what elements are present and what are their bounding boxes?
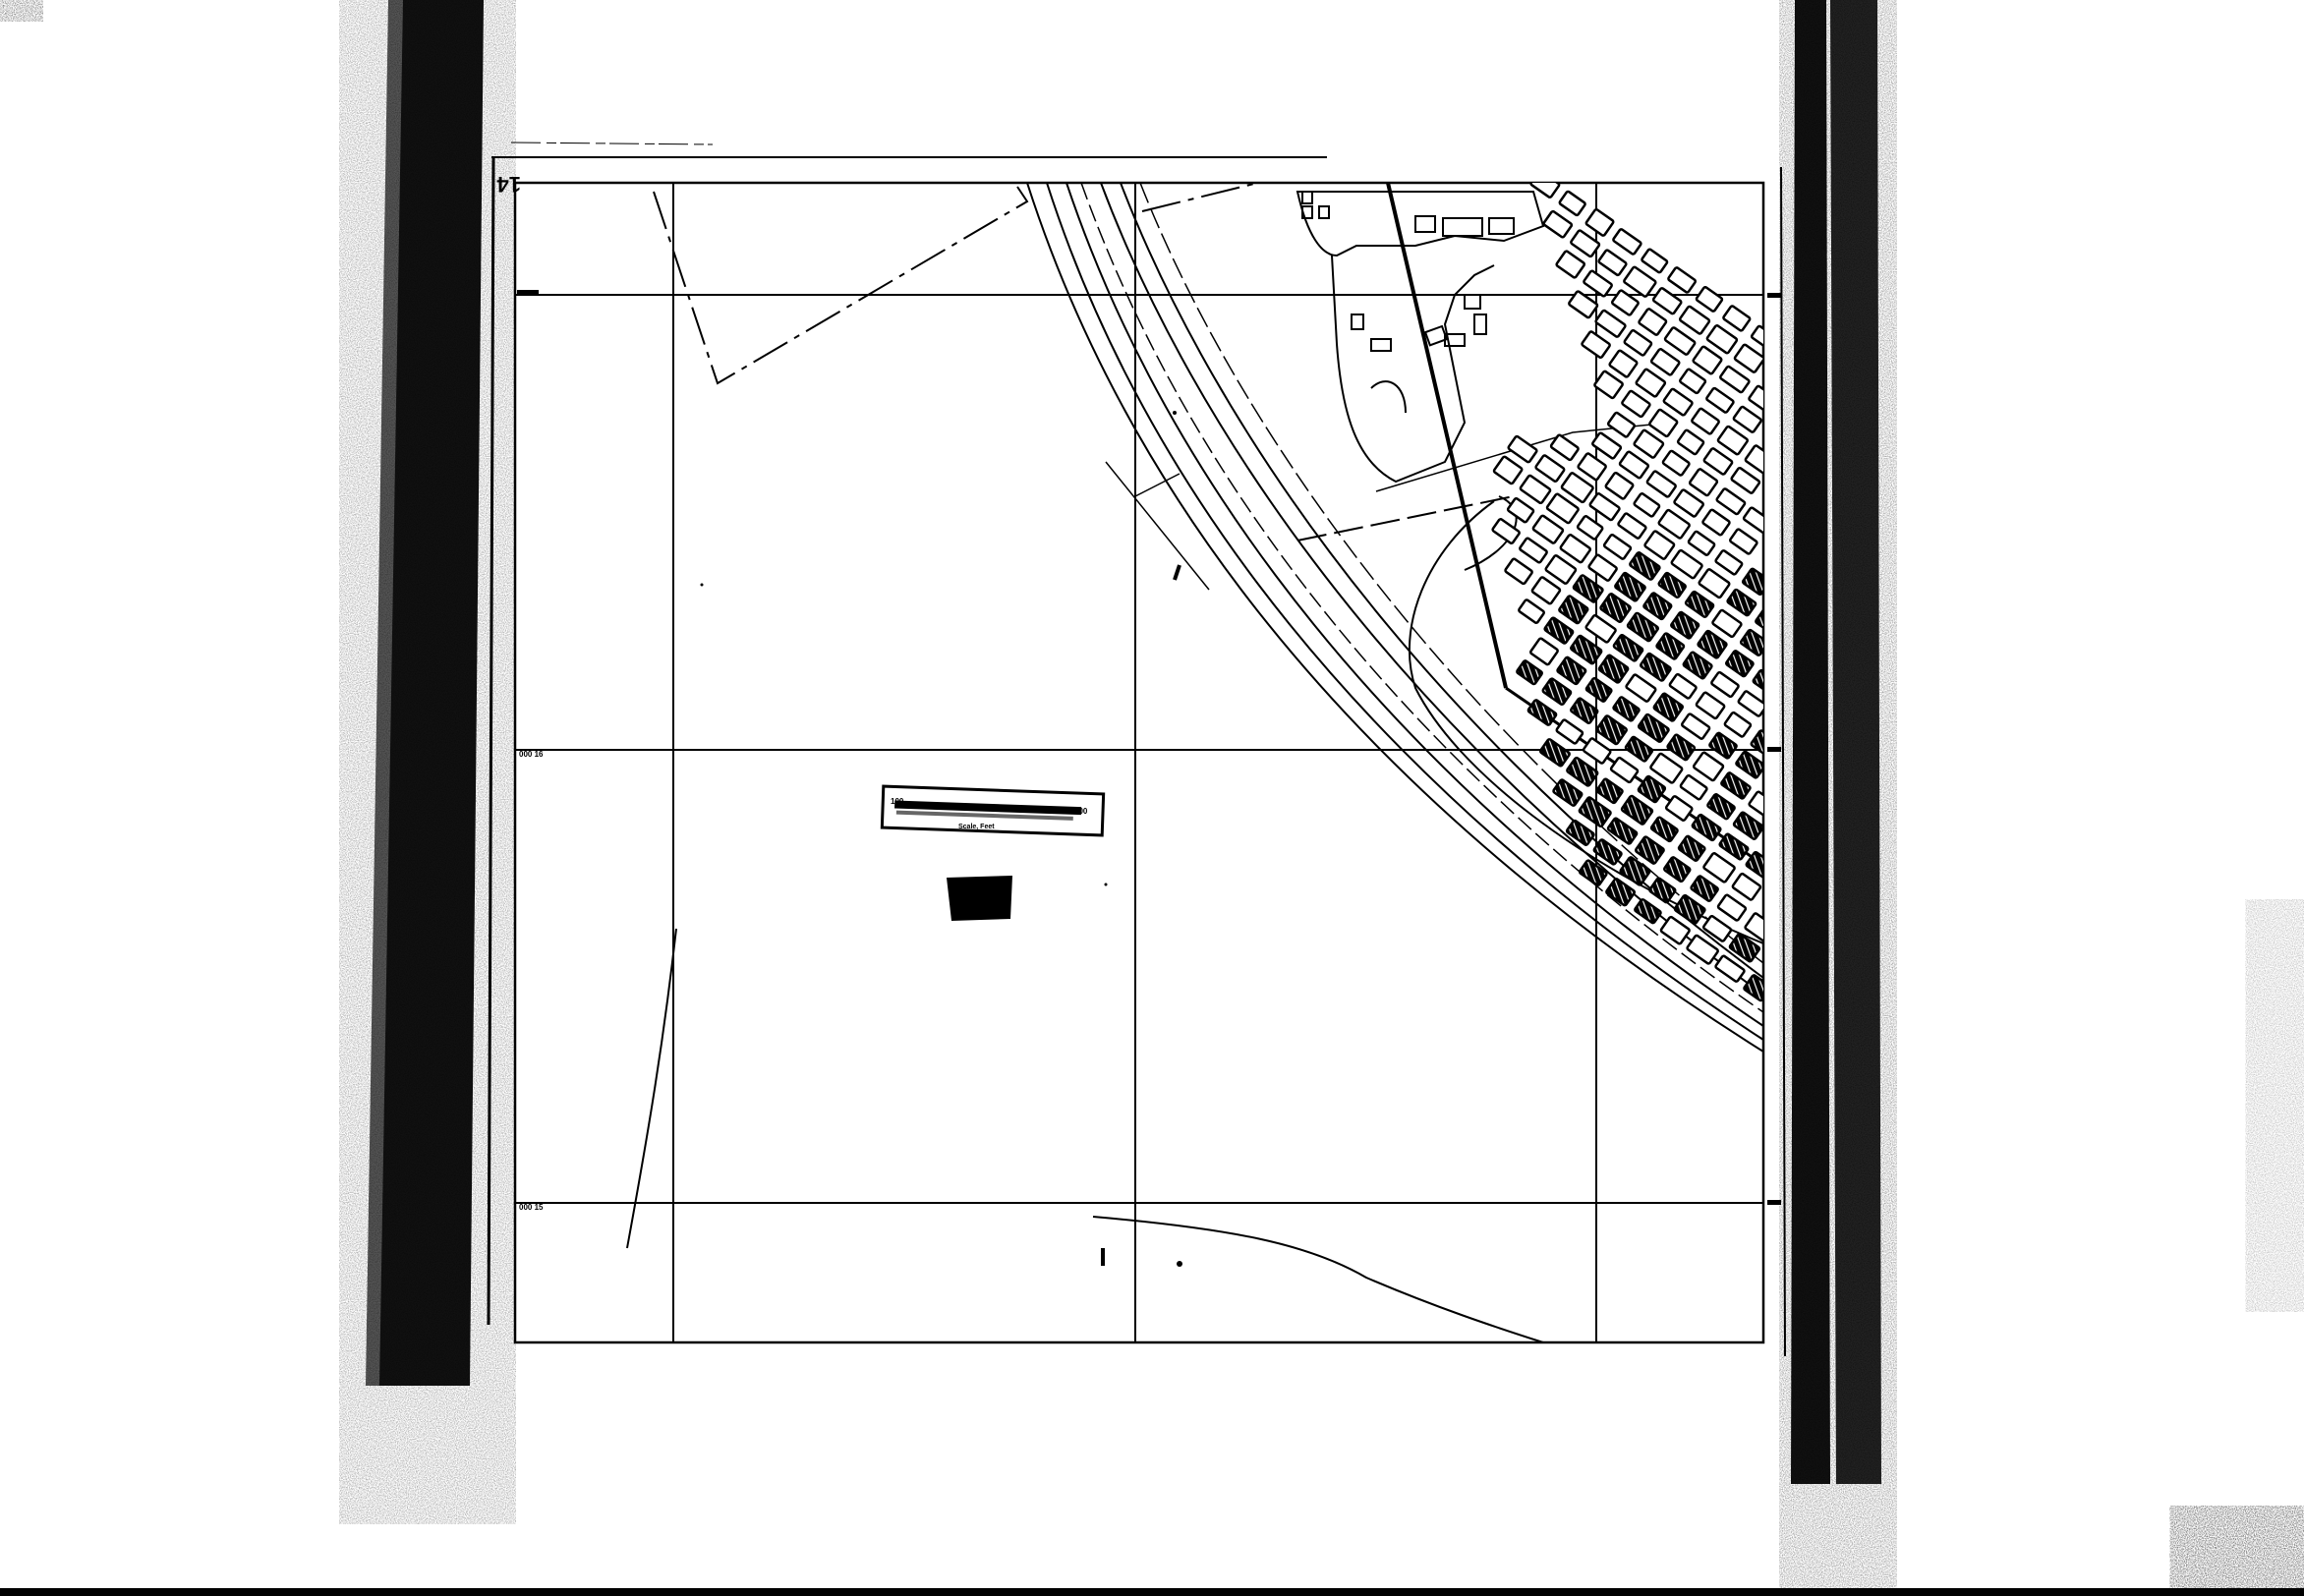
scale-left-value: 100 (891, 797, 904, 806)
grid-ticks-right (1767, 293, 1781, 1205)
stream (627, 929, 1543, 1342)
left-scan-edge (354, 0, 501, 1386)
scale-units-label: Scale, Feet (958, 824, 995, 830)
map-scan: 14 (0, 0, 2304, 1596)
boundary-line (654, 183, 1258, 383)
village-north (1297, 192, 1543, 482)
sheet-number: 14 (496, 172, 521, 197)
scan-bottom-edge (0, 1588, 2304, 1596)
grid-label-left-2: 000 15 (519, 1203, 544, 1212)
scan-noise (0, 0, 2304, 1592)
grid-label-left-1: 000 16 (519, 750, 544, 759)
ink-blot (947, 876, 1012, 921)
specks (701, 411, 1183, 1267)
scale-bar: 100 300 Scale, Feet (882, 786, 1103, 835)
scale-right-value: 300 (1074, 807, 1088, 816)
right-scan-edge (1781, 0, 1887, 1486)
